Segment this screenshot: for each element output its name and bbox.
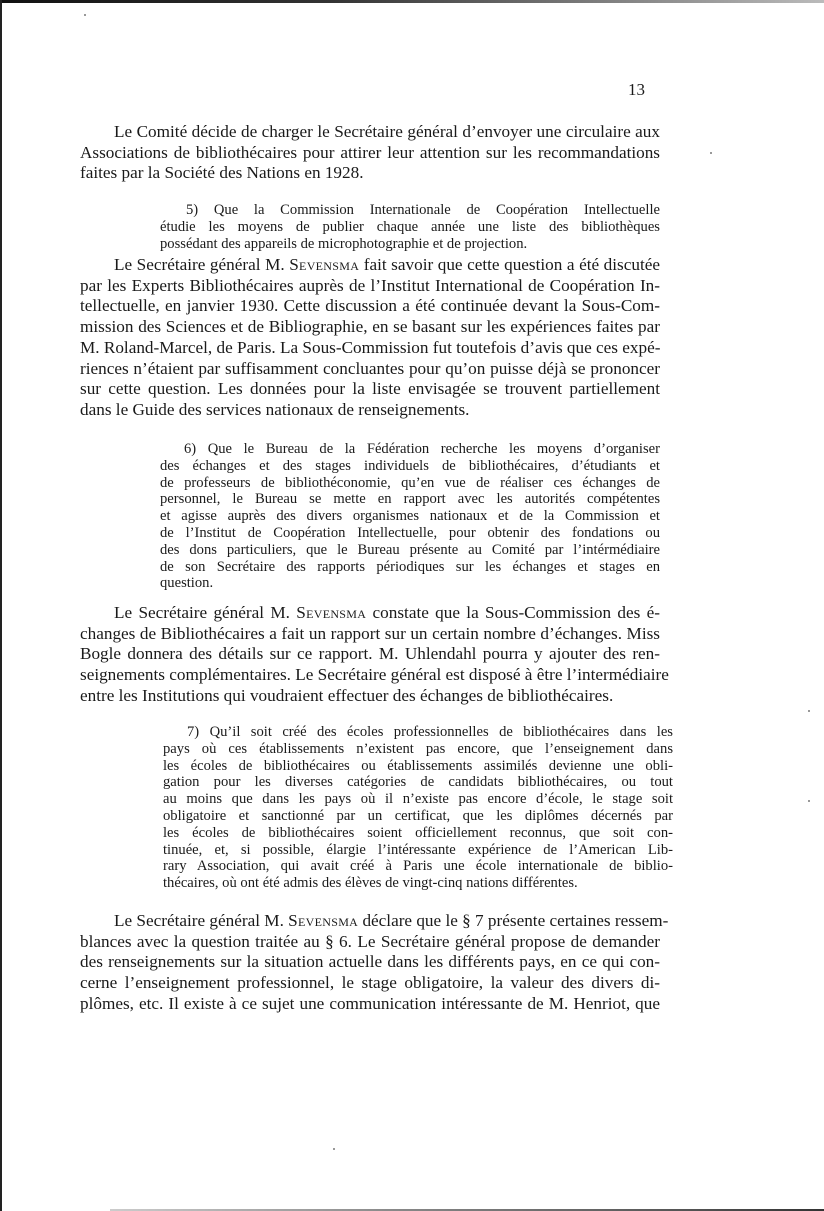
text-line: tellectuelle, en janvier 1930. Cette dis… [80,296,660,317]
text-line: Associations de bibliothécaires pour att… [80,143,660,164]
scan-top-edge [0,0,824,3]
scan-speck [808,800,810,802]
text-line: de son Secrétaire des rapports périodiqu… [160,559,660,576]
text-line: cerne l’enseignement professionnel, le s… [80,973,660,994]
text-line: de professeurs de bibliothéconomie, qu’e… [160,475,660,492]
text-line: et agisse auprès des divers organismes n… [160,508,660,525]
text-line: au moins que dans les pays où il n’exist… [163,791,673,808]
text-line: des renseignements sur la situation actu… [80,952,660,973]
text-line: obligatoire et sanctionné par un certifi… [163,808,673,825]
resolution-5: 5) Que la Commission Internationale de C… [160,202,660,252]
text-line: entre les Institutions qui voudraient ef… [80,686,660,707]
text-line: question. [160,575,660,592]
text-line: de l’Institut de Coopération Intellectue… [160,525,660,542]
text-line: sur cette question. Les données pour la … [80,379,660,400]
name-sevensma: Sevensma [296,603,366,622]
text-line: blances avec la question traitée au § 6.… [80,932,660,953]
text-line: par les Experts Bibliothécaires auprès d… [80,276,660,297]
text-line: tinuée, et, si possible, élargie l’intér… [163,842,673,859]
scan-left-edge [0,0,2,1211]
scan-speck [333,1148,335,1150]
text-line: plômes, etc. Il existe à ce sujet une co… [80,994,660,1015]
text-line: Le Secrétaire général M. Sevensma consta… [80,603,660,624]
text-line: Le Comité décide de charger le Secrétair… [80,122,660,143]
resolution-7: 7) Qu’il soit créé des écoles profession… [163,724,673,892]
text-line: 7) Qu’il soit créé des écoles profession… [163,724,673,741]
text-line: les écoles de bibliothécaires soient off… [163,825,673,842]
scan-speck [84,14,86,16]
text-line: changes de Bibliothécaires a fait un rap… [80,624,660,645]
text-line: possédant des appareils de microphotogra… [160,236,660,253]
text-line: des échanges et des stages individuels d… [160,458,660,475]
text-line: dans le Guide des services nationaux de … [80,400,660,421]
text-line: Bogle donnera des détails sur ce rapport… [80,644,660,665]
paragraph-1: Le Comité décide de charger le Secrétair… [80,122,660,184]
text-line: personnel, le Bureau se mette en rapport… [160,491,660,508]
text-line: Le Secrétaire général M. Sevensma déclar… [80,911,660,932]
text-line: des dons particuliers, que le Bureau pré… [160,542,660,559]
text-line: seignements complémentaires. Le Secrétai… [80,665,660,686]
paragraph-2: Le Secrétaire général M. Sevensma fait s… [80,255,660,421]
text-line: les écoles de bibliothécaires ou établis… [163,758,673,775]
text-line: 6) Que le Bureau de la Fédération recher… [160,441,660,458]
paragraph-3: Le Secrétaire général M. Sevensma consta… [80,603,660,707]
text-line: pays où ces établissements n’existent pa… [163,741,673,758]
text-line: gation pour les diverses catégories de c… [163,774,673,791]
scan-speck [808,710,810,712]
text-line: mission des Sciences et de Bibliographie… [80,317,660,338]
text-line: Le Secrétaire général M. Sevensma fait s… [80,255,660,276]
paragraph-4: Le Secrétaire général M. Sevensma déclar… [80,911,660,1015]
text-line: thécaires, où ont été admis des élèves d… [163,875,673,892]
text-line: 5) Que la Commission Internationale de C… [160,202,660,219]
text-line: étudie les moyens de publier chaque anné… [160,219,660,236]
resolution-6: 6) Que le Bureau de la Fédération recher… [160,441,660,592]
text-line: rary Association, qui avait créé à Paris… [163,858,673,875]
name-sevensma: Sevensma [289,255,359,274]
page-number: 13 [628,80,645,100]
text-line: M. Roland-Marcel, de Paris. La Sous-Comm… [80,338,660,359]
name-sevensma: Sevensma [288,911,358,930]
scan-speck [710,152,712,154]
text-line: riences n’étaient par suffisamment concl… [80,359,660,380]
text-line: faites par la Société des Nations en 192… [80,163,660,184]
